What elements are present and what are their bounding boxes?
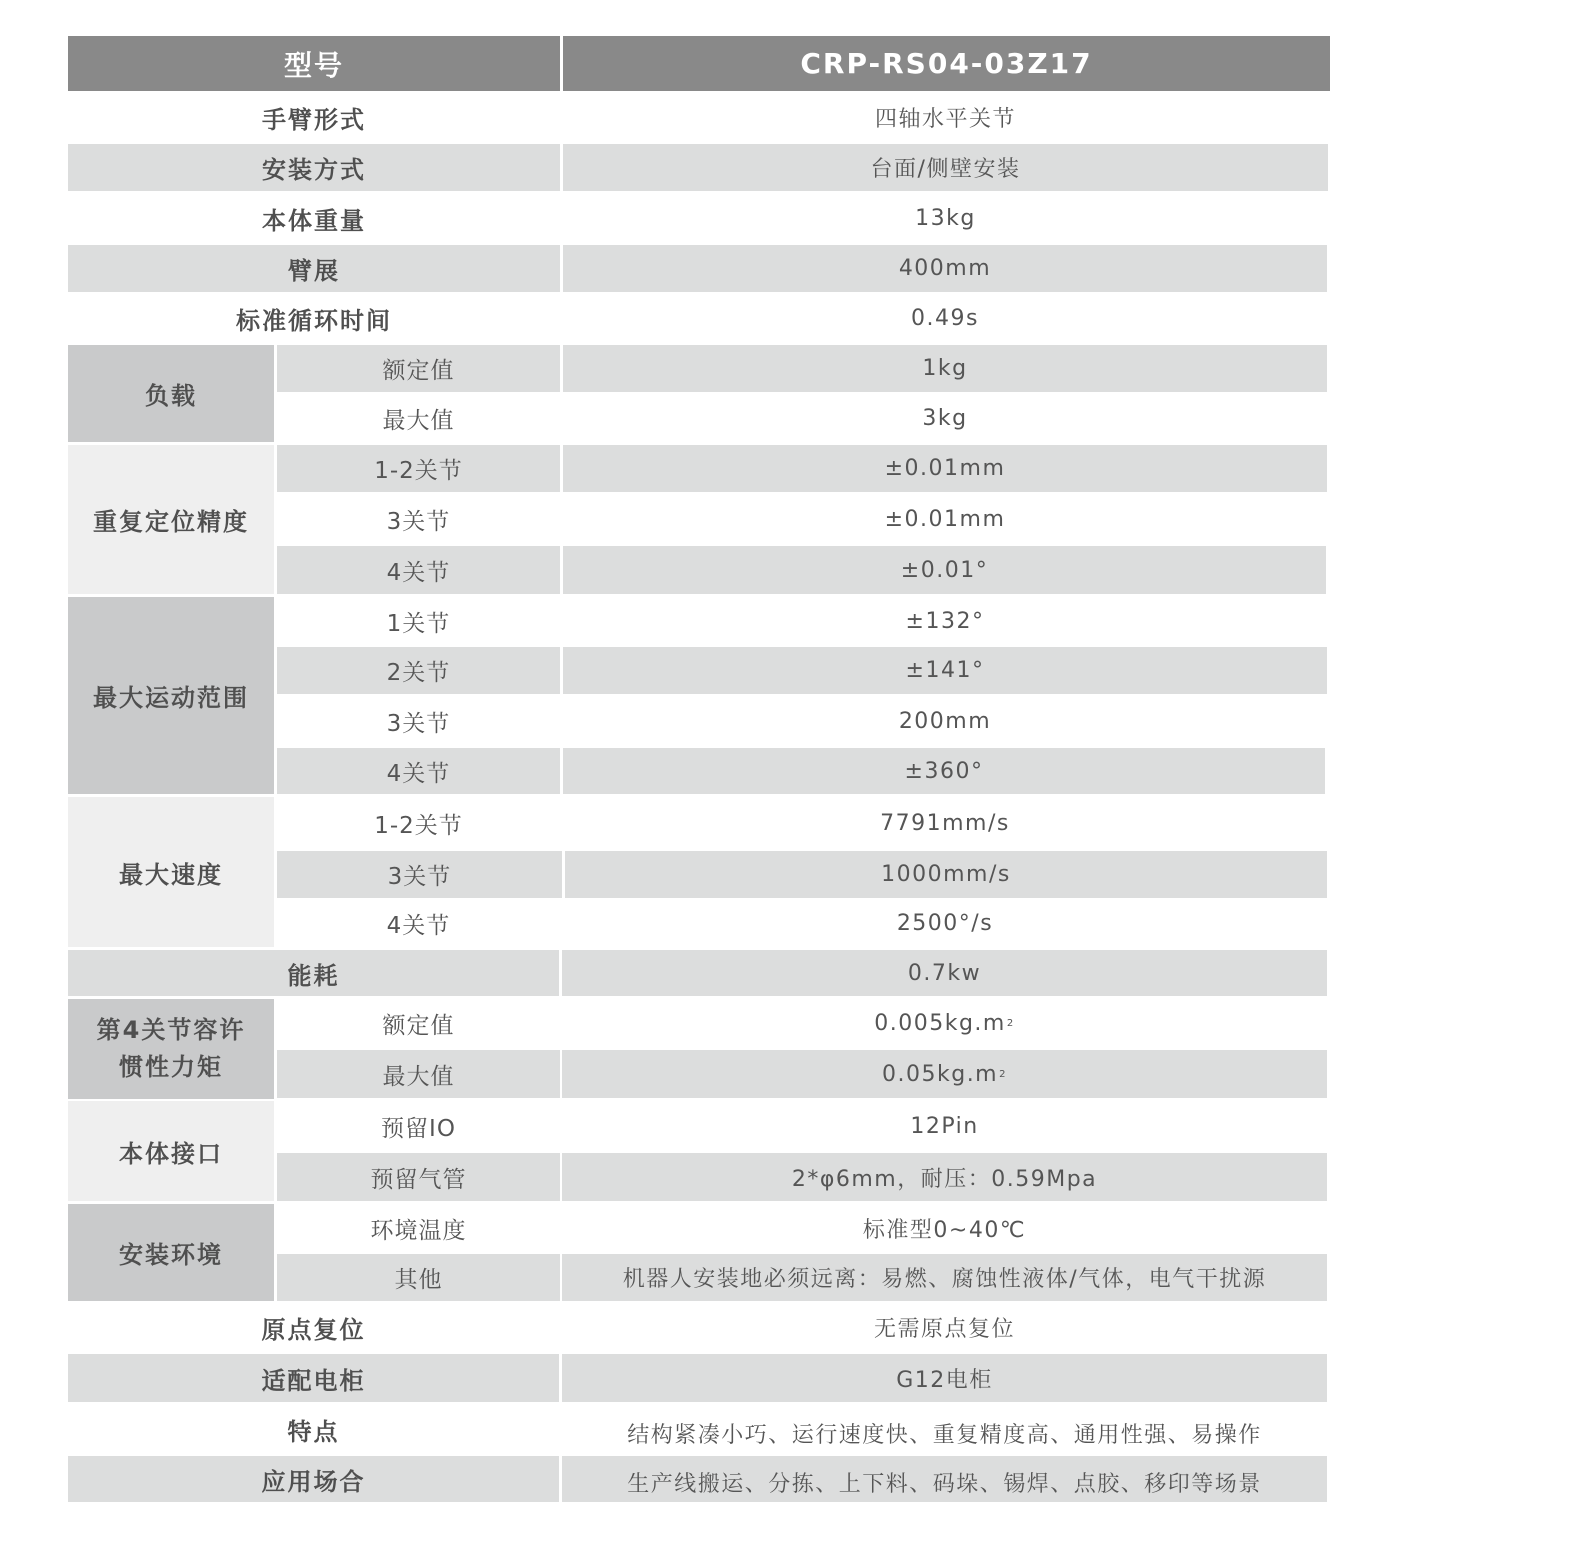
sub-label-payload-rated: 额定值 — [277, 345, 560, 392]
value-motion-j1: ±132° — [563, 597, 1327, 645]
row-label-applications: 应用场合 — [68, 1456, 559, 1502]
group-label-environment: 安装环境 — [68, 1204, 274, 1301]
value-speed-j4: 2500°/s — [563, 900, 1327, 947]
value-env-temp: 标准型0~40℃ — [562, 1204, 1327, 1252]
row-label-power: 能耗 — [68, 950, 559, 996]
sub-label-env-temp: 环境温度 — [277, 1204, 560, 1252]
group-label-repeatability: 重复定位精度 — [68, 445, 274, 594]
group-label-max-speed: 最大速度 — [68, 797, 274, 947]
sub-label-motion-j3: 3关节 — [277, 696, 560, 746]
value-inertia-max: 0.05kg.m2 — [562, 1050, 1327, 1098]
sub-label-speed-j12: 1-2关节 — [277, 797, 560, 849]
value-motion-j4: ±360° — [563, 748, 1325, 794]
row-value-applications: 生产线搬运、分拣、上下料、码垛、锡焊、点胶、移印等场景 — [562, 1456, 1327, 1502]
sub-label-interface-air: 预留气管 — [277, 1153, 560, 1201]
value-motion-j3: 200mm — [563, 696, 1327, 746]
group-label-motion-range: 最大运动范围 — [68, 597, 274, 794]
row-value-homing: 无需原点复位 — [562, 1303, 1327, 1352]
row-value-weight: 13kg — [563, 193, 1328, 243]
value-speed-j12: 7791mm/s — [563, 797, 1327, 849]
header-model-value: CRP-RS04-03Z17 — [563, 36, 1330, 91]
row-value-controller: G12电柜 — [562, 1354, 1327, 1402]
sub-label-repeatability-j3: 3关节 — [277, 494, 560, 544]
sub-label-inertia-max: 最大值 — [277, 1050, 560, 1098]
value-env-other: 机器人安装地必须远离：易燃、腐蚀性液体/气体，电气干扰源 — [562, 1254, 1327, 1301]
value-inertia-max-text: 0.05kg.m — [882, 1062, 998, 1087]
sub-label-repeatability-j12: 1-2关节 — [277, 445, 560, 492]
value-inertia-max-sup: 2 — [999, 1069, 1007, 1080]
row-value-mounting: 台面/侧壁安装 — [563, 144, 1328, 191]
value-payload-max: 3kg — [563, 394, 1327, 442]
value-interface-air: 2*φ6mm，耐压：0.59Mpa — [562, 1153, 1327, 1201]
value-interface-io: 12Pin — [562, 1101, 1327, 1151]
header-model-label: 型号 — [68, 36, 560, 91]
sub-label-motion-j1: 1关节 — [277, 597, 560, 645]
inertia-label-line1: 第4关节容许 — [97, 1012, 246, 1049]
row-value-cycle-time: 0.49s — [563, 294, 1327, 343]
sub-label-motion-j4: 4关节 — [277, 748, 560, 794]
row-value-features: 结构紧凑小巧、运行速度快、重复精度高、通用性强、易操作 — [562, 1404, 1327, 1454]
sub-label-interface-io: 预留IO — [277, 1101, 560, 1151]
group-label-payload: 负载 — [68, 345, 274, 442]
value-inertia-rated: 0.005kg.m2 — [562, 999, 1327, 1047]
row-label-controller: 适配电柜 — [68, 1354, 559, 1402]
sub-label-repeatability-j4: 4关节 — [277, 546, 560, 594]
sub-label-speed-j3: 3关节 — [277, 851, 562, 898]
group-label-interface: 本体接口 — [68, 1101, 274, 1201]
row-value-arm-type: 四轴水平关节 — [563, 93, 1328, 142]
row-label-cycle-time: 标准循环时间 — [68, 294, 560, 343]
row-label-features: 特点 — [68, 1404, 559, 1454]
sub-label-inertia-rated: 额定值 — [277, 999, 560, 1047]
row-label-arm-type: 手臂形式 — [68, 93, 560, 142]
group-label-inertia: 第4关节容许 惯性力矩 — [68, 999, 274, 1099]
value-payload-rated: 1kg — [563, 345, 1327, 392]
inertia-label-line2: 惯性力矩 — [119, 1049, 223, 1086]
value-repeatability-j4: ±0.01° — [563, 546, 1326, 594]
row-label-mounting: 安装方式 — [68, 144, 560, 191]
value-repeatability-j3: ±0.01mm — [563, 494, 1327, 544]
row-label-reach: 臂展 — [68, 245, 560, 292]
sub-label-motion-j2: 2关节 — [277, 647, 560, 694]
value-motion-j2: ±141° — [563, 647, 1327, 694]
row-value-reach: 400mm — [563, 245, 1327, 292]
row-label-weight: 本体重量 — [68, 193, 560, 243]
row-label-homing: 原点复位 — [68, 1303, 559, 1352]
value-inertia-rated-sup: 2 — [1007, 1018, 1015, 1029]
value-inertia-rated-text: 0.005kg.m — [874, 1011, 1006, 1036]
row-value-power: 0.7kw — [562, 950, 1327, 996]
sub-label-payload-max: 最大值 — [277, 394, 560, 442]
sub-label-env-other: 其他 — [277, 1254, 560, 1301]
sub-label-speed-j4: 4关节 — [277, 900, 560, 947]
value-speed-j3: 1000mm/s — [565, 851, 1327, 898]
value-repeatability-j12: ±0.01mm — [563, 445, 1327, 492]
